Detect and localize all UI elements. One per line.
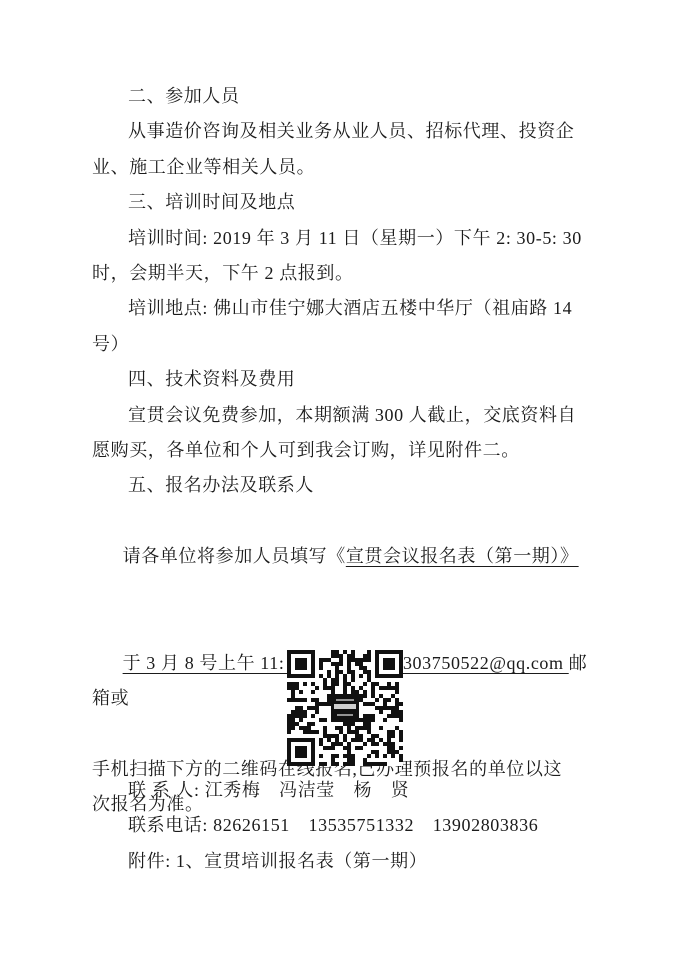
section-4-heading: 四、技术资料及费用: [92, 362, 588, 397]
participants-line-1: 从事造价咨询及相关业务从业人员、招标代理、投资企: [92, 114, 588, 149]
training-time-line-2: 时，会期半天，下午 2 点报到。: [92, 256, 588, 291]
section-2-heading: 二、参加人员: [92, 79, 588, 114]
qr-code-image: [287, 650, 403, 766]
training-place-line-2: 号）: [92, 327, 588, 362]
registration-line-1-text: 请各单位将参加人员填写《: [123, 546, 346, 566]
contact-persons-line: 联 系 人: 江秀梅 冯洁莹 杨 贤: [92, 773, 588, 808]
section-5-heading: 五、报名办法及联系人: [92, 468, 588, 503]
participants-line-2: 业、施工企业等相关人员。: [92, 150, 588, 185]
registration-qr-code: [287, 650, 403, 766]
section-3-heading: 三、培训时间及地点: [92, 185, 588, 220]
training-place-line-1: 培训地点: 佛山市佳宁娜大酒店五楼中华厅（祖庙路 14: [92, 291, 588, 326]
contacts-block: 联 系 人: 江秀梅 冯洁莹 杨 贤 联系电话: 82626151 135357…: [92, 773, 588, 879]
document-page: 二、参加人员 从事造价咨询及相关业务从业人员、招标代理、投资企 业、施工企业等相…: [0, 0, 680, 961]
contact-phones-line: 联系电话: 82626151 13535751332 13902803836: [92, 808, 588, 843]
attachment-line: 附件: 1、宣贯培训报名表（第一期）: [92, 844, 588, 879]
registration-line-1: 请各单位将参加人员填写《宣贯会议报名表（第一期）》: [92, 504, 588, 610]
materials-line-1: 宣贯会议免费参加，本期额满 300 人截止，交底资料自: [92, 398, 588, 433]
training-time-line-1: 培训时间: 2019 年 3 月 11 日（星期一）下午 2: 30-5: 30: [92, 221, 588, 256]
registration-form-title-underlined: 宣贯会议报名表（第一期）》: [346, 546, 579, 566]
materials-line-2: 愿购买，各单位和个人可到我会订购，详见附件二。: [92, 433, 588, 468]
